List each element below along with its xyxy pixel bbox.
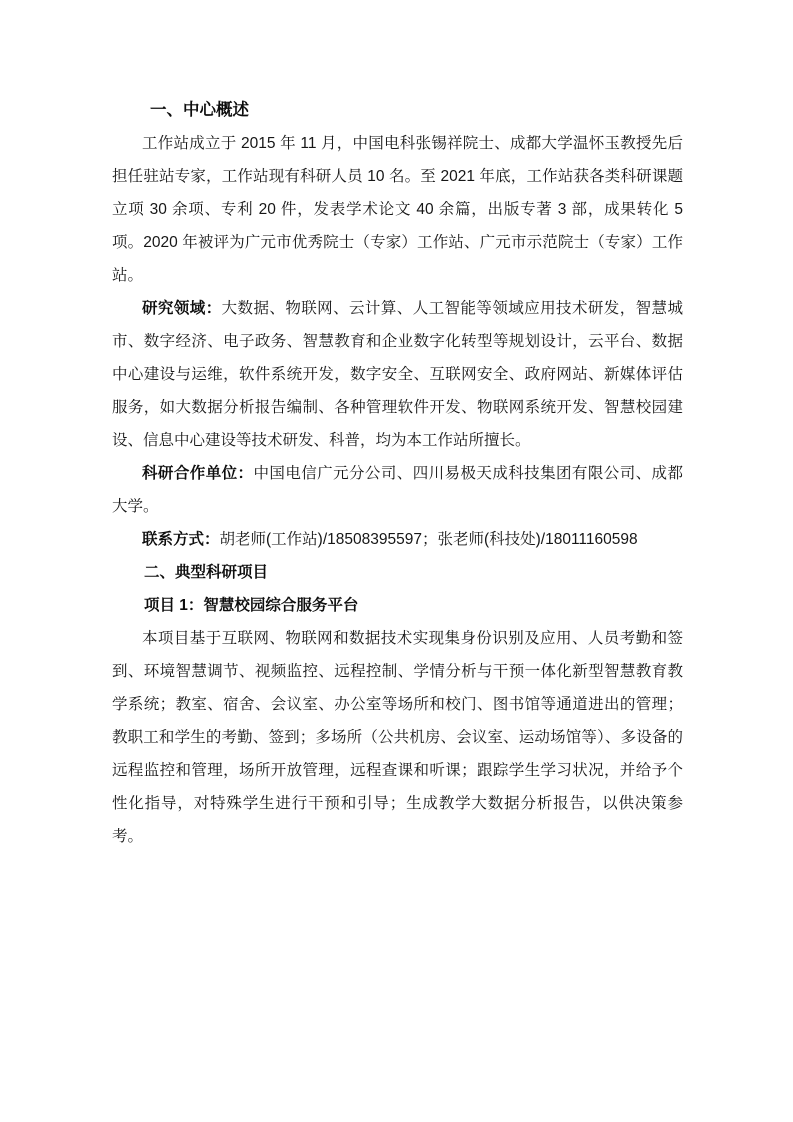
research-areas-text: 大数据、物联网、云计算、人工智能等领域应用技术研发，智慧城市、数字经济、电子政务… [112, 300, 683, 449]
project1-heading: 项目 1：智慧校园综合服务平台 [112, 589, 683, 622]
document-viewport: { "colors": { "page_background": "#fffff… [0, 0, 793, 1122]
document-page: 一、中心概述 工作站成立于 2015 年 11 月，中国电科张锡祥院士、成都大学… [0, 0, 793, 1122]
cooperation-units-label: 科研合作单位： [142, 465, 253, 482]
document-content: 一、中心概述 工作站成立于 2015 年 11 月，中国电科张锡祥院士、成都大学… [112, 94, 683, 853]
contact-info-text: 胡老师(工作站)/18508395597；张老师(科技处)/1801116059… [220, 531, 638, 548]
research-areas-label: 研究领域： [142, 300, 222, 317]
paragraph-contact-info: 联系方式：胡老师(工作站)/18508395597；张老师(科技处)/18011… [112, 523, 683, 556]
section-heading-center-overview: 一、中心概述 [112, 94, 683, 127]
paragraph-research-areas: 研究领域：大数据、物联网、云计算、人工智能等领域应用技术研发，智慧城市、数字经济… [112, 292, 683, 457]
paragraph-cooperation-units: 科研合作单位：中国电信广元分公司、四川易极天成科技集团有限公司、成都大学。 [112, 457, 683, 523]
paragraph-overview: 工作站成立于 2015 年 11 月，中国电科张锡祥院士、成都大学温怀玉教授先后… [112, 127, 683, 292]
paragraph-project1-description: 本项目基于互联网、物联网和数据技术实现集身份识别及应用、人员考勤和签到、环境智慧… [112, 622, 683, 853]
contact-info-label: 联系方式： [142, 531, 220, 548]
section-heading-typical-projects: 二、典型科研项目 [112, 556, 683, 589]
